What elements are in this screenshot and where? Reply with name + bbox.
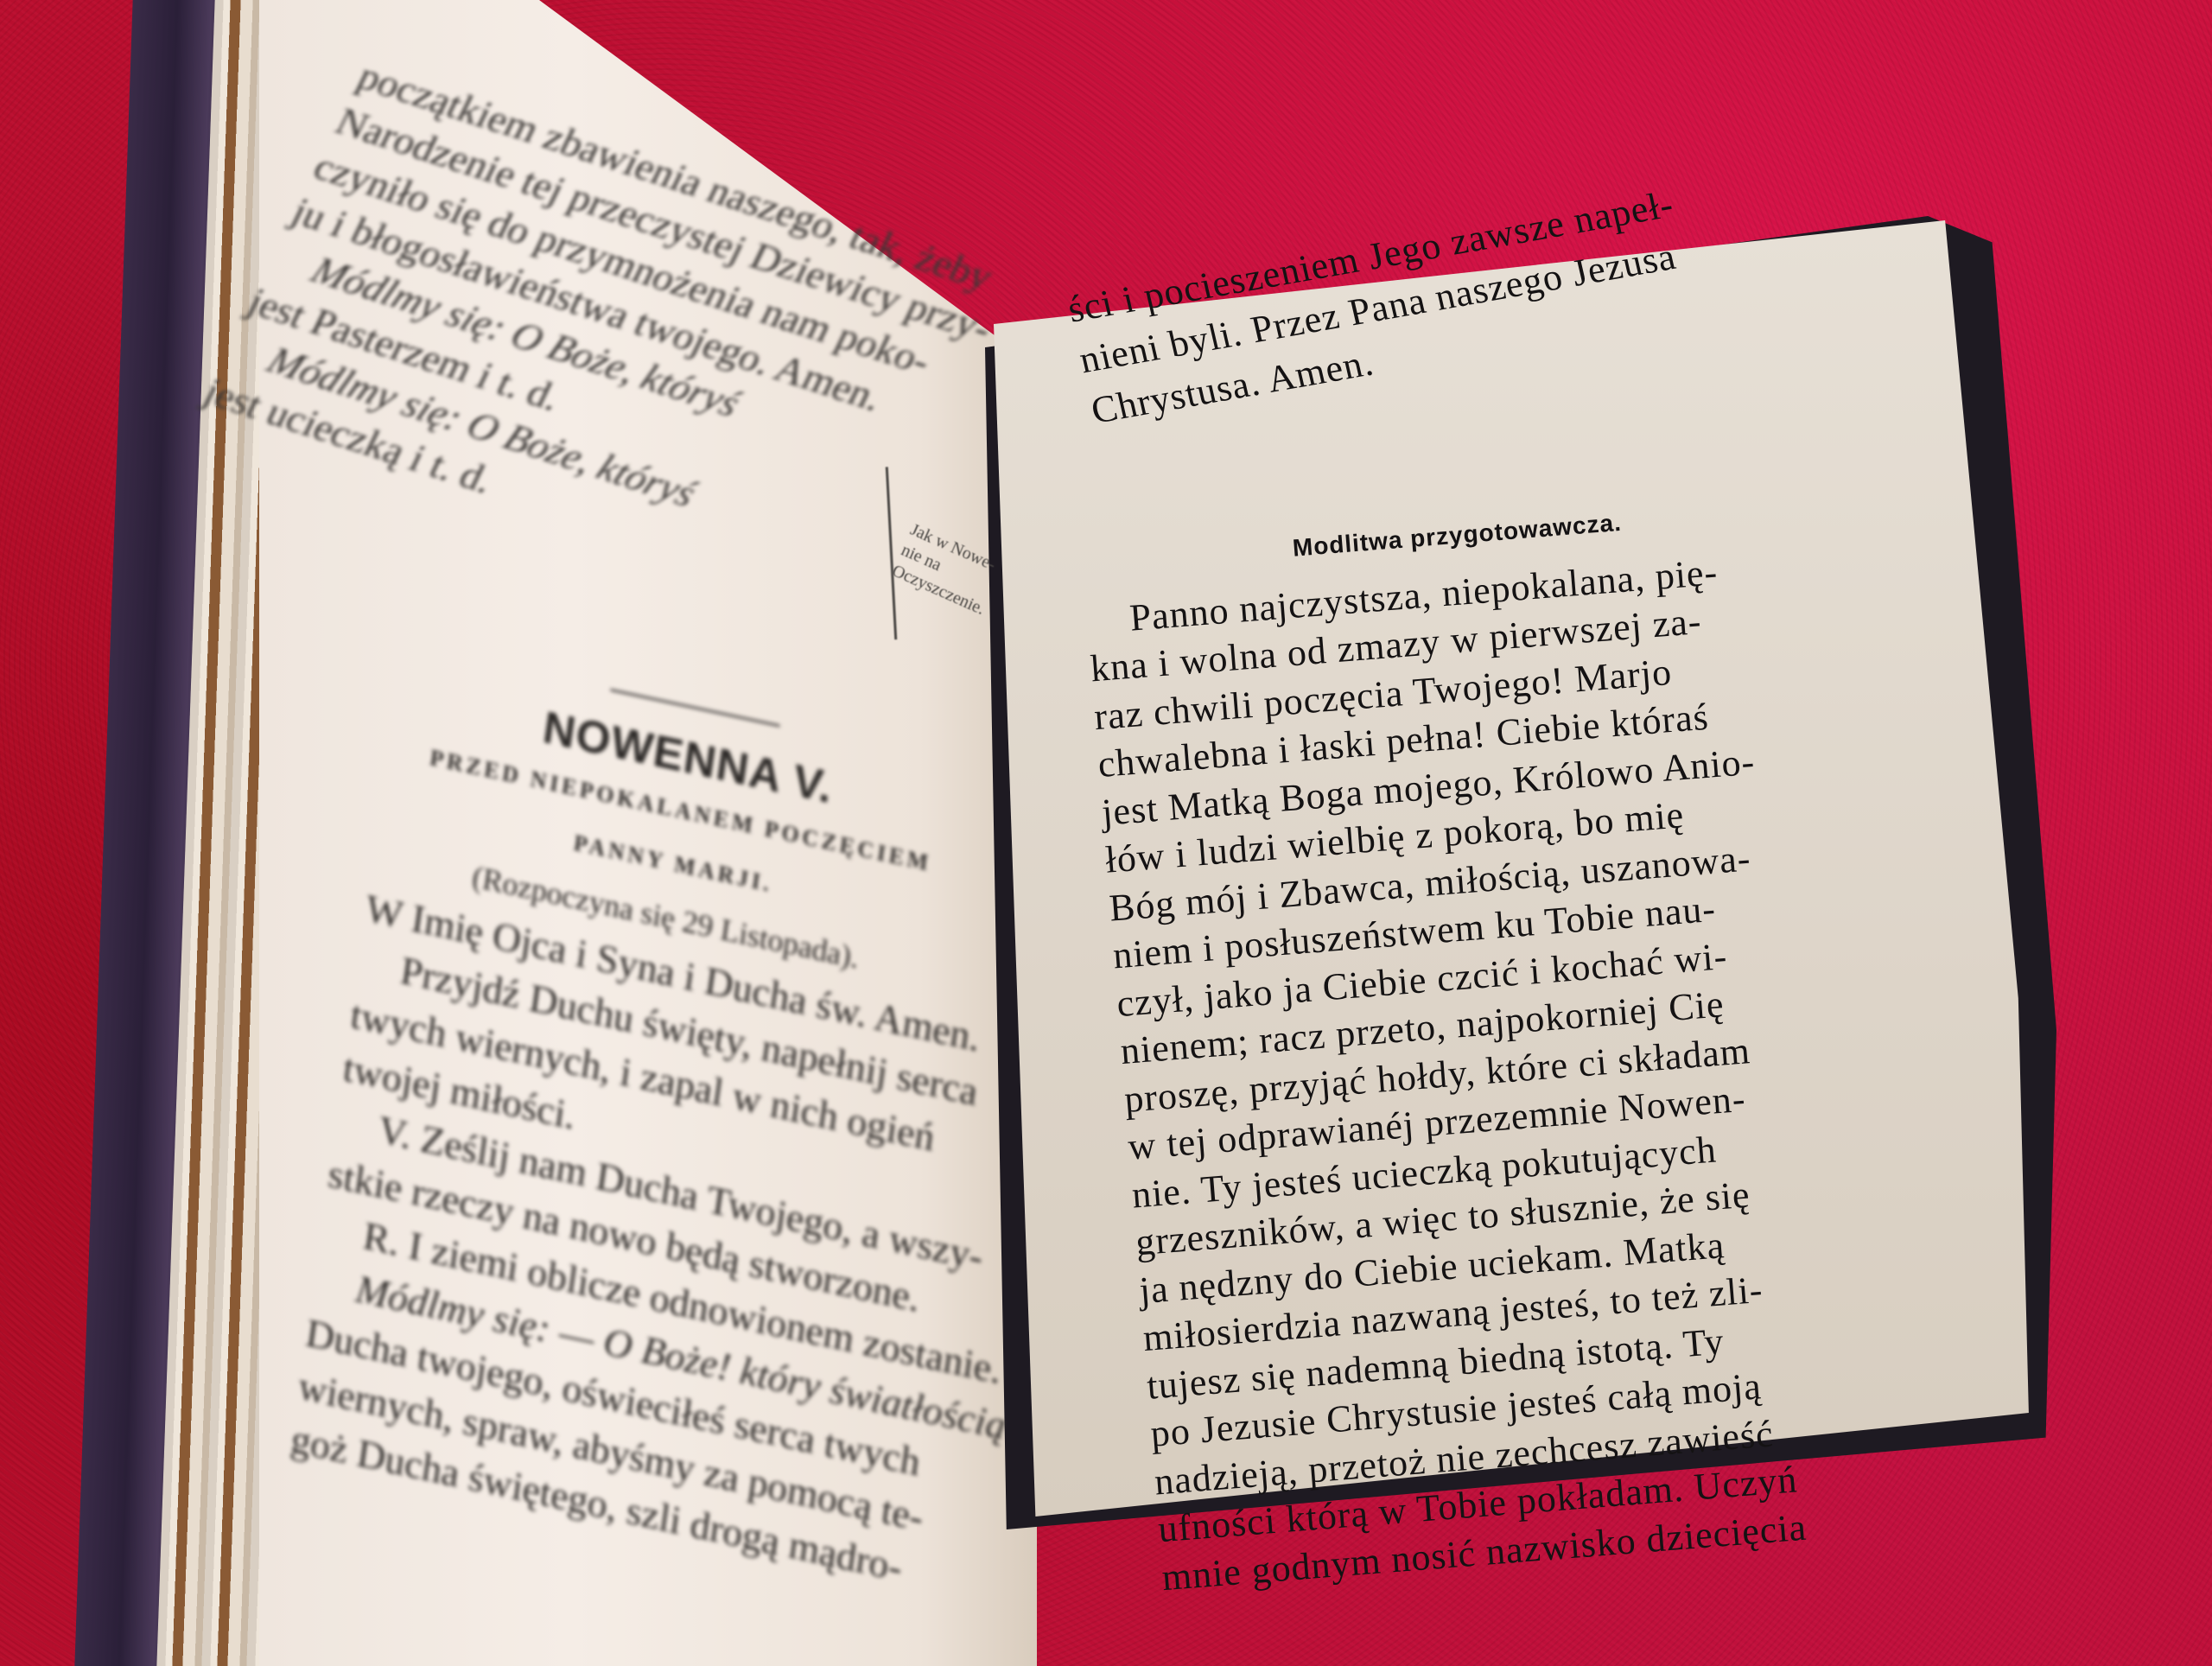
right-page-body-text: Modlitwa przygotowawcza. Panno najczysts…: [1080, 477, 1913, 1601]
left-page-lower-text: NOWENNA V. Przed Niepokalanem Poczęciem …: [288, 622, 991, 1589]
